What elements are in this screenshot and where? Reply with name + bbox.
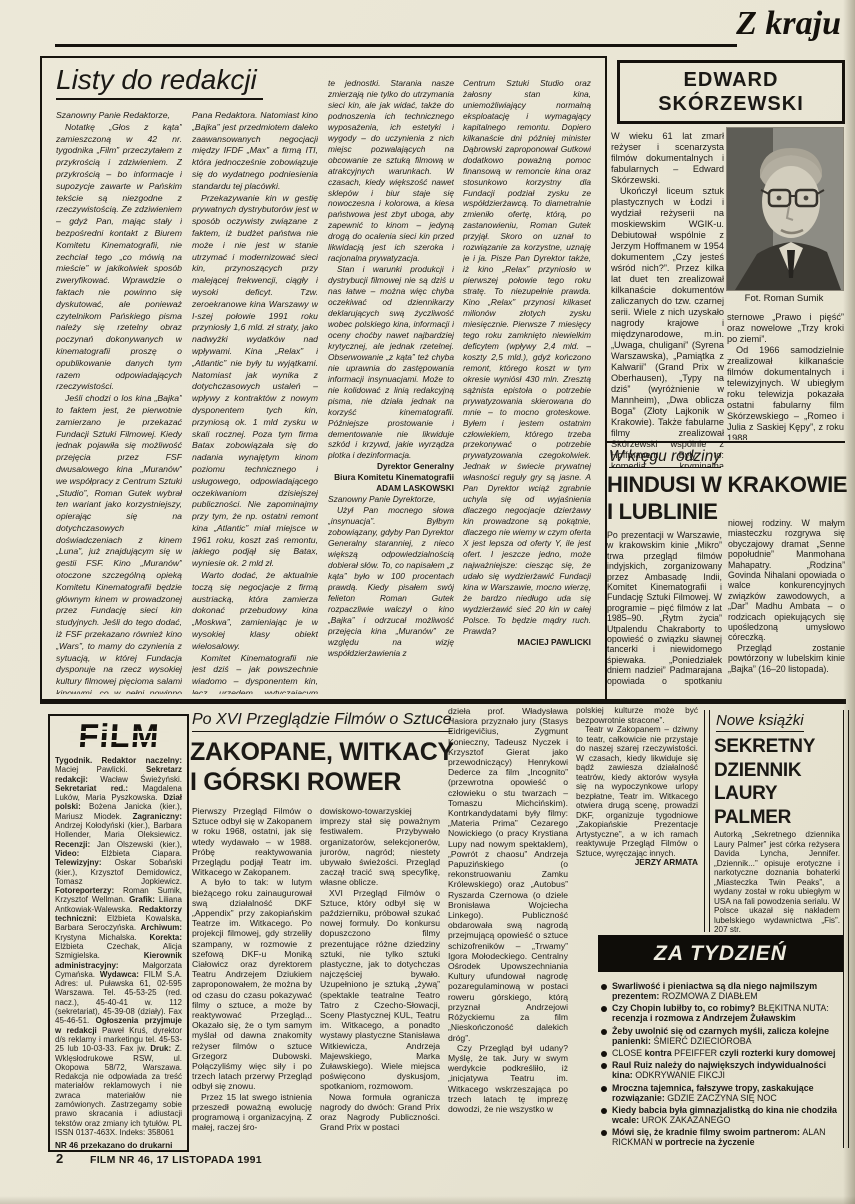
paragraph: Pana Redaktora. Natomiast kino „Bajka” j… [192,110,318,193]
zakopane-kicker: Po XVI Przeglądzie Filmów o Sztuce [192,710,452,732]
bullet-icon [601,1006,607,1012]
bullet-icon [601,1108,607,1114]
text-run: BŁĘKITNA NUTA: [758,1003,829,1013]
paragraph: ADAM LASKOWSKI [328,483,454,494]
paragraph: W wieku 61 lat zmarł reżyser i scenarzys… [611,131,724,186]
text-run: Recenzji: [55,840,90,849]
paragraph: Warto dodać, że aktualnie toczą się nego… [192,570,318,653]
paragraph: Dyrektor Generalny [328,461,454,472]
bullet-icon [601,984,607,990]
text-run: Tygodnik. Redaktor naczelny: [55,756,182,765]
top-rule [55,44,737,47]
letters-title: Listy do redakcji [56,63,263,100]
letters-column-4: Centrum Sztuki Studio oraz żałosny stan … [463,78,591,694]
masthead-text: Tygodnik. Redaktor naczelny: Maciej Pawl… [55,756,182,1137]
zakopane-column-2: dowiskowo-towarzyskiej imprezy stał się … [320,806,440,1146]
paragraph: Nowa formuła ogranicza nagrody do dwóch:… [320,1092,440,1133]
next-week-item-text: Kiedy babcia była gimnazjalistką do kina… [612,1106,843,1126]
text-run: Z. Wklęsłodrukowe RSW, ul. Okopowa 58/72… [55,1044,182,1137]
next-week-item: CLOSE kontra PFEIFFER czyli rozterki kur… [600,1049,843,1059]
paragraph: Przekazywanie kin w gestię prywatnych dy… [192,193,318,571]
text-run: Jan Olszewski (kier.), [90,840,182,849]
paragraph: Przegląd zostanie powtórzony w lubelskim… [728,643,845,674]
next-week-item-text: Swarliwość i pieniactwa są dla niego naj… [612,982,843,1002]
text-run: ODKRYWANIE FIKCJI [635,1070,725,1080]
text-run: Wydawca: [100,970,139,979]
printer-note: NR 46 przekazano do drukarni 23.10 i 5.1… [55,1141,182,1152]
text-run: Sekretariat red.: [55,784,128,793]
bullet-icon [601,1063,607,1069]
text-run: Korekta: [150,933,182,942]
paragraph: te jednostki. Starania nasze zmierzają n… [328,78,454,264]
next-week-list: Swarliwość i pieniactwa są dla niego naj… [600,982,843,1150]
paragraph: Centrum Sztuki Studio oraz żałosny stan … [463,78,591,637]
paragraph: Szanowny Panie Redaktorze, [56,110,182,122]
text-run: Grafik: [129,895,155,904]
paragraph: MACIEJ PAWLICKI [463,637,591,648]
next-week-item-text: Czy Chopin lubiłby to, co robimy? BŁĘKIT… [612,1004,843,1024]
hindusi-column-2: niowej rodziny. W małym miasteczku rozgr… [728,518,845,686]
text-run: kontra [645,1048,675,1058]
skorzewski-photo [727,128,843,290]
text-run: Mówi się, że kradnie filmy swoim partner… [612,1127,802,1137]
text-run: ŚMIERĆ DZIECIOROBA [653,1036,751,1046]
hindusi-title: HINDUSI W KRAKOWIE I LUBLINIE [607,471,851,525]
text-run: czyli rozterki kury domowej [720,1048,836,1058]
bullet-icon [601,1086,607,1092]
magazine-page: Z kraju Listy do redakcji Szanowny Panie… [0,0,855,1204]
text-run: recenzja i rozmowa z Andrzejem Żuławskim [612,1013,796,1023]
text-run: ROZMOWA Z DIABŁEM [662,991,758,1001]
masthead-box: FiLM Tygodnik. Redaktor naczelny: Maciej… [48,714,189,1152]
letters-column-3: te jednostki. Starania nasze zmierzają n… [328,78,454,694]
family-section-kicker: W kręgu rodziny [609,447,721,468]
middle-thick-rule [40,699,846,704]
text-run: Video: [55,849,79,858]
text-run: Wacław Świeżyński. [88,775,182,784]
zakopane-column-4: polskiej kulturze może być bezpowrotnie … [576,706,698,934]
paragraph: polskiej kulturze może być bezpowrotnie … [576,706,698,725]
next-week-item-text: Mówi się, że kradnie filmy swoim partner… [612,1128,843,1148]
page-edge-shadow-right [843,0,855,1204]
paragraph: Stan i warunki produkcji i dystrybucji f… [328,264,454,461]
page-number: 2 [56,1151,63,1166]
next-week-item: Raul Ruiz należy do największych indywid… [600,1061,843,1081]
books-title: SEKRETNY DZIENNIK LAURY PALMER [714,735,840,829]
next-week-item: Mroczna tajemnica, fałszywe tropy, zaska… [600,1084,843,1104]
paragraph: dowiskowo-towarzyskiej imprezy stał się … [320,806,440,888]
books-kicker: Nowe książki [716,711,804,732]
paragraph: Czy Przegląd był udany? Myślę, że tak. J… [448,1043,568,1114]
next-week-item-text: Żeby uwolnić się od czarnych myśli, zali… [612,1027,843,1047]
paragraph: Pierwszy Przegląd Filmów o Sztuce odbył … [192,806,312,877]
text-run: Czy Chopin lubiłby to, co robimy? [612,1003,758,1013]
obituary-headline-box: EDWARD SKÓRZEWSKI [617,60,845,124]
zakopane-title: ZAKOPANE, WITKACY I GÓRSKI ROWER [190,737,458,797]
photo-caption: Fot. Roman Sumik [725,293,843,305]
paragraph: Ukończył liceum sztuk plastycznych w Łod… [611,186,724,467]
text-run: Elżbieta Ciapara. [79,849,182,858]
section-label: Z kraju [736,4,841,44]
next-week-item: Czy Chopin lubiłby to, co robimy? BŁĘKIT… [600,1004,843,1024]
text-run: Andrzej Kołodyński (kier.), Barbara Holl… [55,821,182,839]
next-week-item-text: Raul Ruiz należy do największych indywid… [612,1061,843,1081]
paragraph: JERZY ARMATA [576,858,698,868]
next-week-item: Swarliwość i pieniactwa są dla niego naj… [600,982,843,1002]
text-run: w portrecie na życzenie [655,1137,754,1147]
text-run: Telewizyjny: [55,858,102,867]
paragraph: Autorką „Sekretnego dziennika Laury Palm… [714,830,840,934]
books-text: Autorką „Sekretnego dziennika Laury Palm… [714,830,840,934]
next-week-item: Mówi się, że kradnie filmy swoim partner… [600,1128,843,1148]
bullet-icon [601,1130,607,1136]
letters-column-1: Szanowny Panie Redaktorze,Notatkę „Głos … [56,110,182,694]
text-run: Fotoreporterzy: [55,886,114,895]
paragraph: Komitet Kinematografii nie jest dziś – j… [192,653,318,694]
paragraph: Notatkę „Głos z kąta” zamieszczoną w 42 … [56,122,182,393]
text-run: GDZIE ZACZYNA SIĘ NOC [667,1093,776,1103]
text-run: UROK ZAKAZANEGO [642,1115,731,1125]
family-section-rule [607,441,845,443]
paragraph: Przez 15 lat swego istnienia przeszedł p… [192,1092,312,1133]
obituary-column-1: W wieku 61 lat zmarł reżyser i scenarzys… [611,131,724,467]
film-logo: FiLM [71,718,166,754]
bullet-icon [601,1051,607,1057]
next-week-banner-label: ZA TYDZIEŃ [654,943,787,964]
footer-text: FILM NR 46, 17 LISTOPADA 1991 [90,1153,262,1167]
text-run: PFEIFFER [674,1048,719,1058]
paragraph: niowej rodziny. W małym miasteczku rozgr… [728,518,845,643]
text-run: Druk: [150,1044,171,1053]
paragraph: sternowe „Prawo i pięść” oraz nowelowe „… [727,312,844,345]
zakopane-column-3: dzieła prof. Władysława Hasiora przyznał… [448,706,568,1146]
letters-box: Listy do redakcji Szanowny Panie Redakto… [40,56,607,704]
text-run: Krystyna Michalska. [55,933,150,942]
paragraph: dzieła prof. Władysława Hasiora przyznał… [448,706,568,1043]
next-week-item: Kiedy babcia była gimnazjalistką do kina… [600,1106,843,1126]
zakopane-column-1: Pierwszy Przegląd Filmów o Sztuce odbył … [192,806,312,1146]
text-run: CLOSE [612,1048,645,1058]
next-week-item-text: CLOSE kontra PFEIFFER czyli rozterki kur… [612,1049,835,1059]
paragraph: Od 1966 samodzielnie zrealizował kilkana… [727,345,844,440]
bullet-icon [601,1029,607,1035]
next-week-banner: ZA TYDZIEŃ [598,935,843,972]
paragraph: XVI Przegląd Filmów o Sztuce, który odby… [320,888,440,1092]
paragraph: Szanowny Panie Dyrektorze, [328,494,454,505]
obituary-title: EDWARD SKÓRZEWSKI [620,68,842,116]
text-run: Zagraniczny: [133,812,182,821]
next-week-item-text: Mroczna tajemnica, fałszywe tropy, zaska… [612,1084,843,1104]
obituary-column-2: sternowe „Prawo i pięść” oraz nowelowe „… [727,312,844,440]
paragraph: Biura Komitetu Kinematografii [328,472,454,483]
books-left-divider [704,710,710,932]
paragraph: A było to tak: w lutym bieżącego roku za… [192,877,312,1091]
paragraph: Użył Pan mocnego słowa „insynuacja”. Był… [328,505,454,658]
paragraph: Jeśli chodzi o los kina „Bajka” to fakte… [56,393,182,694]
next-week-item: Żeby uwolnić się od czarnych myśli, zali… [600,1027,843,1047]
page-edge-shadow-bottom [0,1196,855,1204]
hindusi-column-1: Po prezentacji w Warszawie, w krakowskim… [607,530,722,686]
text-run: Archiwum: [141,923,182,932]
text-run: Maciej Pawlicki. [55,765,146,774]
paragraph: Teatr w Zakopanem – dziwny to teatr, cał… [576,725,698,858]
letters-column-2: Pana Redaktora. Natomiast kino „Bajka” j… [192,110,318,694]
paragraph: Po prezentacji w Warszawie, w krakowskim… [607,530,722,686]
